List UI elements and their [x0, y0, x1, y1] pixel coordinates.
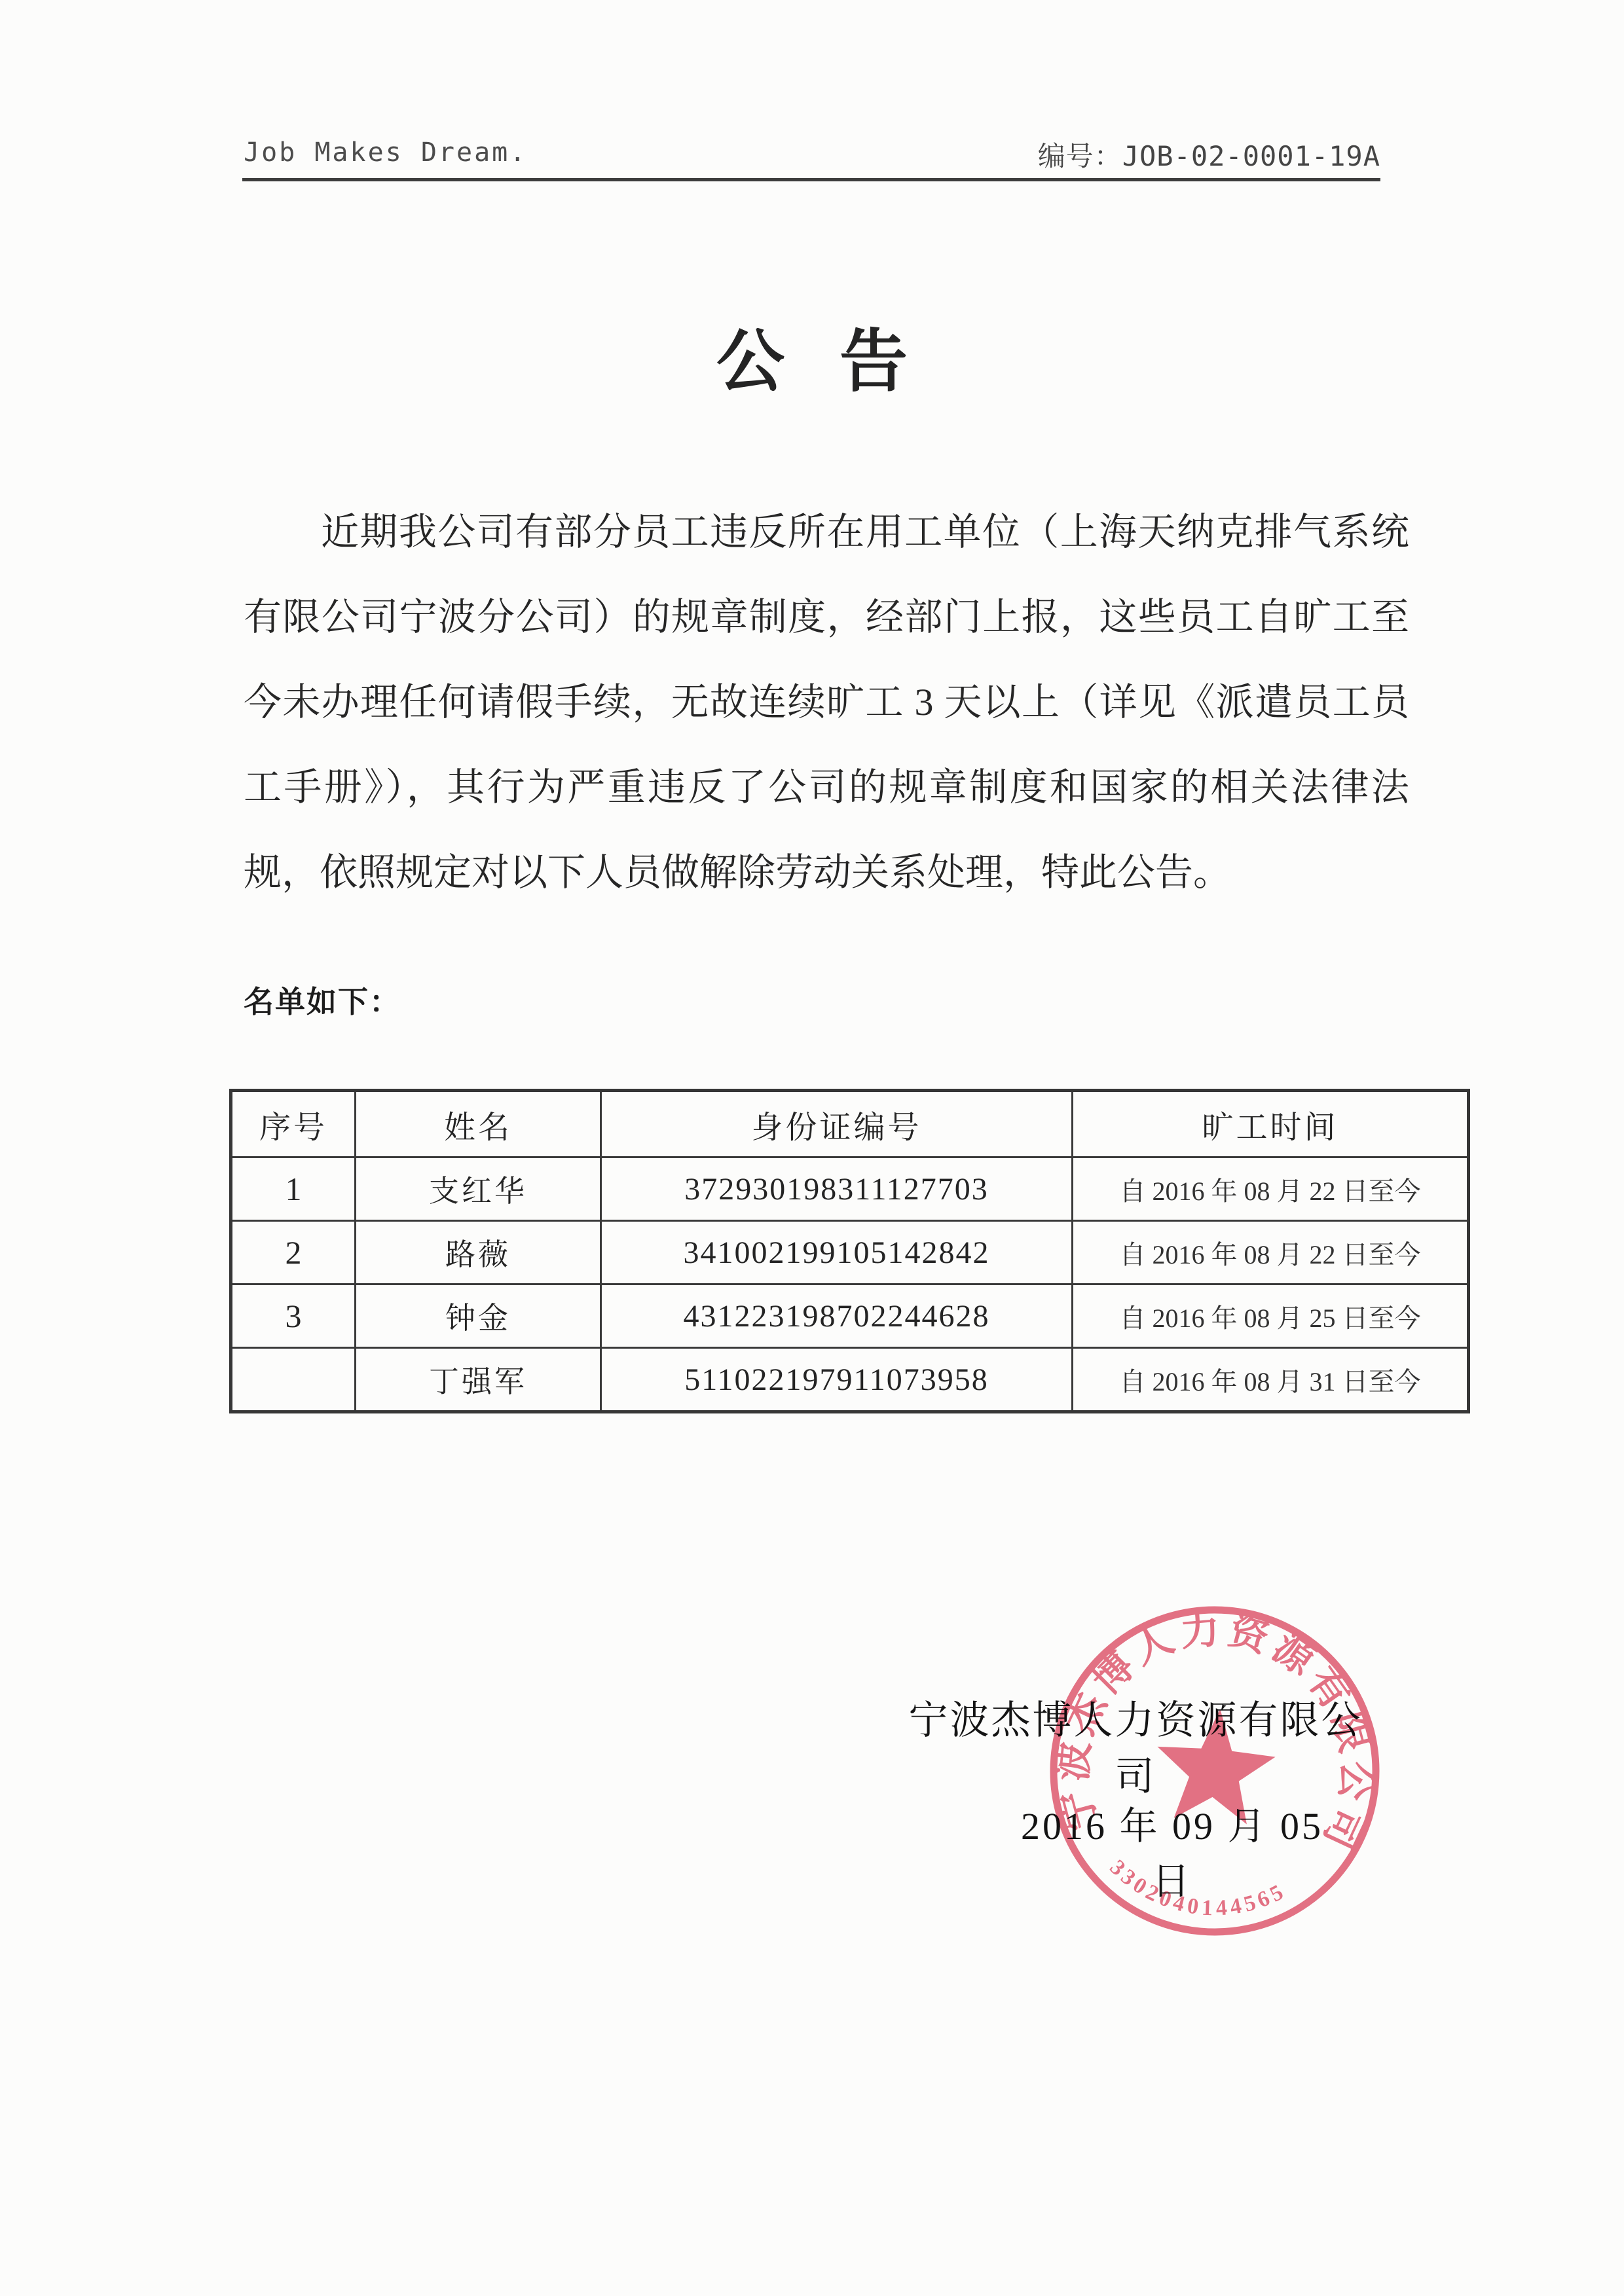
cell-absence-time: 自 2016 年 08 月 31 日至今 — [1073, 1348, 1469, 1412]
cell-absence-time: 自 2016 年 08 月 22 日至今 — [1073, 1157, 1469, 1221]
cell-absence-time: 自 2016 年 08 月 22 日至今 — [1073, 1221, 1469, 1285]
cell-name: 钟金 — [356, 1285, 601, 1348]
letterhead-divider — [242, 178, 1380, 181]
cell-seq: 2 — [231, 1221, 356, 1285]
cell-absence-time: 自 2016 年 08 月 25 日至今 — [1073, 1285, 1469, 1348]
table-row: 1 支红华 372930198311127703 自 2016 年 08 月 2… — [231, 1157, 1469, 1221]
body-line: 今未办理任何请假手续，无故连续旷工 3 天以上（详见《派遣员工员 — [244, 660, 1409, 745]
seal-number: 3302040144565 — [1101, 1854, 1293, 1927]
body-line: 有限公司宁波分公司）的规章制度，经部门上报，这些员工自旷工至 — [244, 575, 1409, 660]
table-row: 丁强军 511022197911073958 自 2016 年 08 月 31 … — [231, 1348, 1469, 1412]
cell-name: 支红华 — [356, 1157, 601, 1221]
cell-seq: 3 — [231, 1285, 356, 1348]
cell-id: 511022197911073958 — [601, 1348, 1073, 1412]
body-line: 规，依照规定对以下人员做解除劳动关系处理，特此公告。 — [244, 830, 1409, 915]
cell-id: 341002199105142842 — [601, 1221, 1073, 1285]
page-title: 公 告 — [0, 306, 1624, 405]
body-line: 近期我公司有部分员工违反所在用工单位（上海天纳克排气系统 — [244, 490, 1409, 575]
cell-name: 路薇 — [356, 1221, 601, 1285]
document-number: 编号：JOB-02-0001-19A — [1038, 135, 1380, 174]
body-line: 工手册》），其行为严重违反了公司的规章制度和国家的相关法律法 — [244, 745, 1409, 830]
cell-id: 431223198702244628 — [601, 1285, 1073, 1348]
col-header-name: 姓名 — [356, 1091, 601, 1157]
letterhead-slogan: Job Makes Dream. — [244, 137, 527, 168]
table-row: 3 钟金 431223198702244628 自 2016 年 08 月 25… — [231, 1285, 1469, 1348]
cell-seq — [231, 1348, 356, 1412]
cell-seq: 1 — [231, 1157, 356, 1221]
roster-table: 序号 姓名 身份证编号 旷工时间 1 支红华 37293019831112770… — [229, 1089, 1470, 1413]
seal-star-icon — [1151, 1704, 1279, 1826]
announcement-body: 近期我公司有部分员工违反所在用工单位（上海天纳克排气系统 有限公司宁波分公司）的… — [244, 490, 1409, 915]
company-seal-stamp: 宁波杰博人力资源有限公司 3302040144565 — [1029, 1585, 1401, 1957]
col-header-seq: 序号 — [231, 1091, 356, 1157]
cell-id: 372930198311127703 — [601, 1157, 1073, 1221]
roster-label: 名单如下： — [244, 978, 401, 1021]
table-row: 2 路薇 341002199105142842 自 2016 年 08 月 22… — [231, 1221, 1469, 1285]
document-page: Job Makes Dream. 编号：JOB-02-0001-19A 公 告 … — [0, 0, 1624, 2296]
col-header-id: 身份证编号 — [601, 1091, 1073, 1157]
table-header-row: 序号 姓名 身份证编号 旷工时间 — [231, 1091, 1469, 1157]
cell-name: 丁强军 — [356, 1348, 601, 1412]
col-header-absence-time: 旷工时间 — [1073, 1091, 1469, 1157]
